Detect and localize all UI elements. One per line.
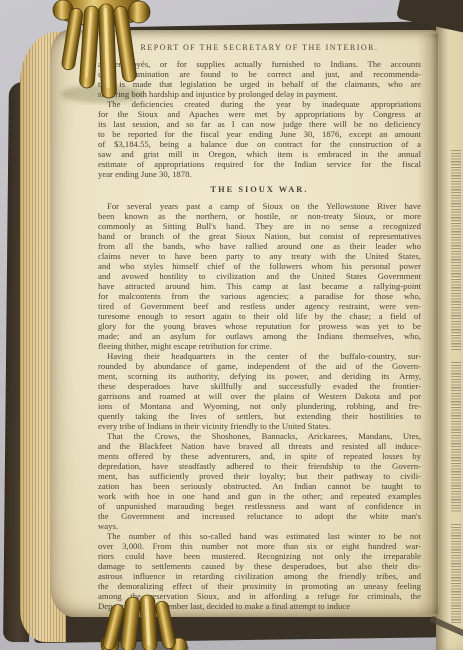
sliver-text-column bbox=[451, 524, 461, 624]
brass-clasp-bottom-icon bbox=[99, 594, 191, 650]
text-line: of $3,184.55, being a balance due on con… bbox=[98, 139, 421, 149]
text-line: Having their headquarters in the center … bbox=[98, 351, 421, 361]
text-line: garrisons and roamed at will over the pl… bbox=[98, 391, 421, 401]
text-line: the Government and increased reluctance … bbox=[98, 511, 421, 521]
text-line: every tribe of Indians in their vicinity… bbox=[98, 421, 421, 431]
text-line: over 3,000. From this number not more th… bbox=[98, 541, 421, 551]
text-line: and the Blackfeet Nation have braved all… bbox=[98, 441, 421, 451]
text-line: ment, scorning its authority, defying it… bbox=[98, 371, 421, 381]
text-line: saw and grist mill in Oregon, which item… bbox=[98, 149, 421, 159]
text-line: estimate of appropriations required for … bbox=[98, 159, 421, 169]
text-line: of unpunished marauding beget restlessne… bbox=[98, 501, 421, 511]
book-photo: 392 REPORT OF THE SECRETARY OF THE INTER… bbox=[0, 0, 463, 650]
text-line: ways. bbox=[98, 521, 421, 531]
text-line: tired of Government beef and restless un… bbox=[98, 301, 421, 311]
text-line: year ending June 30, 1878. bbox=[98, 169, 421, 179]
text-line: band or branch of the great Sioux Nation… bbox=[98, 231, 421, 241]
text-line: its last session, and so far as I can no… bbox=[98, 119, 421, 129]
text-line: and avowed hostility to civilization and… bbox=[98, 271, 421, 281]
text-line: turesome enough to resort again to their… bbox=[98, 311, 421, 321]
section-heading: THE SIOUX WAR. bbox=[98, 185, 421, 195]
text-line: The number of this so-called band was es… bbox=[98, 531, 421, 541]
text-line: to be reported for the fiscal year endin… bbox=[98, 129, 421, 139]
text-line: made; and an asylum for outlaws among th… bbox=[98, 331, 421, 341]
text-line: That the Crows, the Shoshones, Bannacks,… bbox=[98, 431, 421, 441]
text-line: for the Sioux and Apaches were met by ap… bbox=[98, 109, 421, 119]
text-line: from all the bands, who have rallied aro… bbox=[98, 241, 421, 251]
gutter-shadow bbox=[418, 34, 438, 614]
text-line: riors could have been mustered. Recogniz… bbox=[98, 551, 421, 561]
text-line: depredation, have steadfastly adhered to… bbox=[98, 461, 421, 471]
text-line: work with hoe in one hand and gun in the… bbox=[98, 491, 421, 501]
text-line: these desperadoes have skillfully and su… bbox=[98, 381, 421, 391]
sliver-text-column bbox=[451, 362, 461, 512]
text-line: ment, has sufficiently proved their loya… bbox=[98, 471, 421, 481]
sliver-text-column bbox=[451, 150, 461, 350]
paragraph: The deficiencies created during the year… bbox=[98, 99, 421, 179]
text-line: For several years past a camp of Sioux o… bbox=[98, 201, 421, 211]
text-line: astrous influence in retarding civilizat… bbox=[98, 571, 421, 581]
text-line: zation has been seriously obstructed. An… bbox=[98, 481, 421, 491]
page-content: 392 REPORT OF THE SECRETARY OF THE INTER… bbox=[98, 42, 421, 614]
paragraph: That the Crows, the Shoshones, Bannacks,… bbox=[98, 431, 421, 531]
text-line: damage to settlements caused by these de… bbox=[98, 561, 421, 571]
text-line: the demoralizing effect of their proximi… bbox=[98, 581, 421, 591]
paragraph: For several years past a camp of Sioux o… bbox=[98, 201, 421, 351]
text-line: for malcontents from the various agencie… bbox=[98, 291, 421, 301]
text-line: fleeing thither, might escape retributio… bbox=[98, 341, 421, 351]
text-line: commonly as Sitting Bull's band. They ar… bbox=[98, 221, 421, 231]
text-line: claims never to have been party to any t… bbox=[98, 251, 421, 261]
brass-clasp-top-icon bbox=[53, 0, 149, 108]
text-line: have attracted around him. This camp at … bbox=[98, 281, 421, 291]
text-line: ments offered by these adventurers, and,… bbox=[98, 451, 421, 461]
facing-page-sliver bbox=[436, 0, 463, 650]
text-line: ions of Montana and Wyoming, not only pl… bbox=[98, 401, 421, 411]
text-line: rounded by abundance of game, independen… bbox=[98, 361, 421, 371]
text-line: quently taking the lives of settlers, bu… bbox=[98, 411, 421, 421]
text-line: glory for the young braves whose reputat… bbox=[98, 321, 421, 331]
text-line: been known as the northern, or hostile, … bbox=[98, 211, 421, 221]
paragraph: Having their headquarters in the center … bbox=[98, 351, 421, 431]
text-line: and who styles himself chief of the foll… bbox=[98, 261, 421, 271]
body-text: as employés, or for supplies actually fu… bbox=[98, 59, 421, 611]
